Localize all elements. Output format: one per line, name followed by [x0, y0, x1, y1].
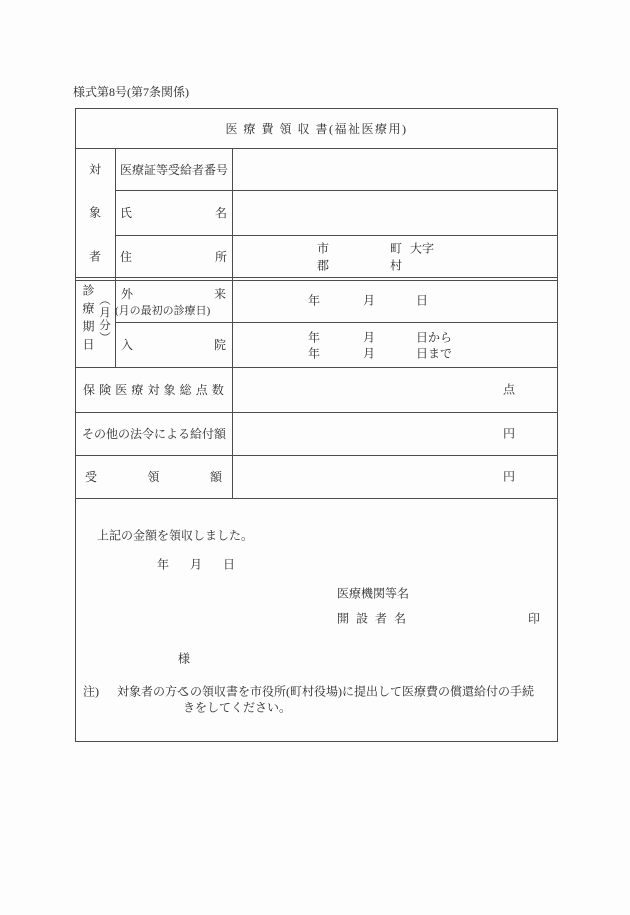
total-points-char: 療 [131, 381, 143, 398]
other-benefits-label: その他の法令による給付額 [75, 412, 232, 455]
total-points-char: 数 [212, 381, 224, 398]
outpatient-year: 年 [308, 292, 320, 309]
address-label-char: 住 [120, 248, 132, 265]
inpatient-label: 入 院 [115, 322, 232, 367]
subject-group-char: 象 [89, 204, 101, 221]
receipt-date-month: 月 [190, 556, 202, 573]
note-prefix: 注) [83, 683, 99, 700]
address-village: 村 [390, 257, 402, 274]
total-points-char: 点 [196, 381, 208, 398]
form-number: 様式第8号(第7条関係) [73, 83, 189, 100]
recipient-number-label: 医療証等受給者番号 [115, 148, 232, 190]
total-points-char: 医 [115, 381, 127, 398]
address-city: 市 [317, 240, 329, 257]
grid-line-double-top [75, 277, 558, 278]
address-oaza: 大字 [410, 240, 434, 257]
received-amount-char: 領 [147, 468, 159, 485]
name-label-char: 氏 [120, 204, 132, 221]
receipt-date-day: 日 [223, 556, 235, 573]
address-label: 住 所 [115, 235, 232, 277]
subject-group-char: 者 [89, 248, 101, 265]
outpatient-label-char: 外 [121, 285, 133, 302]
institution-name-label: 医療機関等名 [337, 585, 409, 602]
inpatient-label-char: 入 [121, 336, 133, 353]
grid-line [75, 498, 558, 499]
subject-group-char: 対 [89, 161, 101, 178]
receipt-statement: 上記の金額を領収しました。 [97, 527, 253, 544]
total-points-char: 険 [99, 381, 111, 398]
name-value-cell [232, 190, 558, 235]
grid-line-double-bottom [75, 280, 558, 281]
name-label-char: 名 [215, 204, 227, 221]
total-points-char: 総 [180, 381, 192, 398]
note-text-line1: この領収書を市役所(町村役場)に提出して医療費の償還給付の手続 [178, 683, 534, 700]
outpatient-label: 外 来 [115, 284, 232, 302]
total-points-label: 保 険 医 療 対 象 総 点 数 [75, 367, 232, 412]
other-benefits-unit: 円 [503, 425, 515, 442]
inpatient-from-year: 年 [308, 329, 320, 346]
name-label: 氏 名 [115, 190, 232, 235]
inpatient-to-day: 日まで [416, 345, 452, 362]
received-amount-char: 額 [210, 468, 222, 485]
addressee-sama: 様 [178, 650, 190, 667]
receipt-date-year: 年 [157, 556, 169, 573]
received-amount-char: 受 [85, 468, 97, 485]
outpatient-label-char: 来 [214, 285, 226, 302]
address-town: 町 [390, 240, 402, 257]
received-amount-label: 受 領 額 [75, 455, 232, 498]
inpatient-from-month: 月 [363, 329, 375, 346]
period-group-paren: （月分） [96, 294, 112, 344]
period-group-label: 診療期日 [80, 284, 97, 356]
form-title: 医 療 費 領 収 書(福祉医療用) [75, 108, 558, 148]
address-label-char: 所 [215, 248, 227, 265]
total-points-char: 象 [164, 381, 176, 398]
outpatient-sublabel: (月の最初の診療日) [115, 302, 210, 318]
inpatient-label-char: 院 [214, 336, 226, 353]
seal-mark: 印 [528, 610, 540, 627]
inpatient-from-day: 日から [416, 329, 452, 346]
address-county: 郡 [317, 257, 329, 274]
recipient-number-value-cell [232, 148, 558, 190]
outpatient-month: 月 [363, 292, 375, 309]
note-text-line2: きをしてください。 [183, 699, 291, 716]
inpatient-to-year: 年 [308, 345, 320, 362]
total-points-char: 対 [147, 381, 159, 398]
total-points-unit: 点 [503, 381, 515, 398]
founder-name-label: 開 設 者 名 [337, 610, 408, 627]
received-amount-unit: 円 [503, 468, 515, 485]
outpatient-day: 日 [416, 292, 428, 309]
medical-receipt-form-page: 様式第8号(第7条関係) 医 療 費 領 収 書(福祉医療用) 対 象 者 医療… [0, 0, 630, 915]
inpatient-to-month: 月 [363, 345, 375, 362]
total-points-char: 保 [83, 381, 95, 398]
